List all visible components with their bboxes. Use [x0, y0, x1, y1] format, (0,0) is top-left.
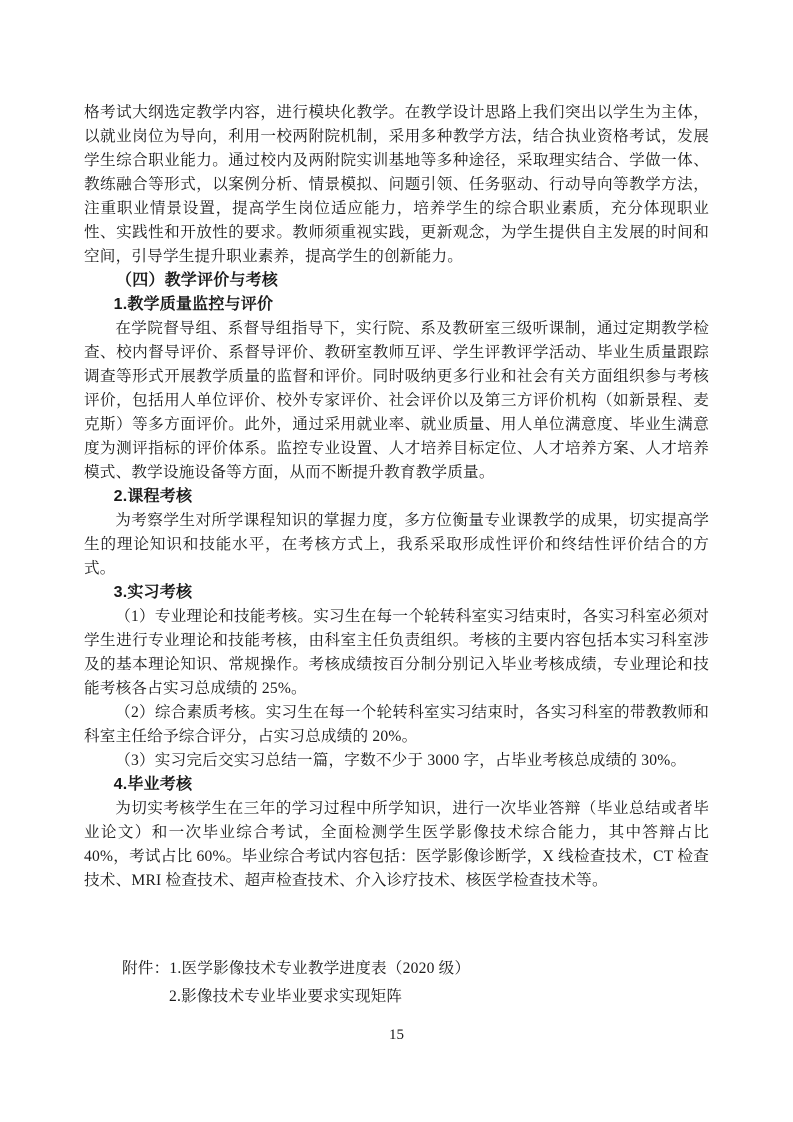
heading-1-teaching-quality-monitoring: 1.教学质量监控与评价	[84, 293, 709, 317]
page-body: 格考试大纲选定教学内容，进行模块化教学。在教学设计思路上我们突出以学生为主体，以…	[84, 101, 709, 1011]
paragraph-course-assessment: 为考察学生对所学课程知识的掌握力度，多方位衡量专业课教学的成果，切实提高学生的理…	[84, 509, 709, 581]
paragraph-quality-monitoring: 在学院督导组、系督导组指导下，实行院、系及教研室三级听课制，通过定期教学检查、校…	[84, 317, 709, 485]
heading-section-4-teaching-evaluation: （四）教学评价与考核	[84, 269, 709, 293]
heading-2-course-assessment: 2.课程考核	[84, 485, 709, 509]
paragraph-internship-item-1: （1）专业理论和技能考核。实习生在每一个轮转科室实习结束时，各实习科室必须对学生…	[84, 605, 709, 701]
heading-4-graduation-assessment: 4.毕业考核	[84, 773, 709, 797]
heading-3-internship-assessment: 3.实习考核	[84, 581, 709, 605]
paragraph-internship-item-3: （3）实习完后交实习总结一篇，字数不少于 3000 字，占毕业考核总成绩的 30…	[84, 749, 709, 773]
paragraph-continuation: 格考试大纲选定教学内容，进行模块化教学。在教学设计思路上我们突出以学生为主体，以…	[84, 101, 709, 269]
paragraph-graduation-assessment: 为切实考核学生在三年的学习过程中所学知识，进行一次毕业答辩（毕业总结或者毕业论文…	[84, 797, 709, 893]
attachment-item-1: 附件：1.医学影像技术专业教学进度表（2020 级）	[84, 955, 709, 983]
document-page: 格考试大纲选定教学内容，进行模块化教学。在教学设计思路上我们突出以学生为主体，以…	[0, 0, 793, 1122]
attachment-list: 附件：1.医学影像技术专业教学进度表（2020 级） 2.影像技术专业毕业要求实…	[84, 955, 709, 1011]
page-number: 15	[0, 1026, 793, 1044]
attachment-item-2: 2.影像技术专业毕业要求实现矩阵	[84, 983, 709, 1011]
paragraph-internship-item-2: （2）综合素质考核。实习生在每一个轮转科室实习结束时，各实习科室的带教教师和科室…	[84, 701, 709, 749]
